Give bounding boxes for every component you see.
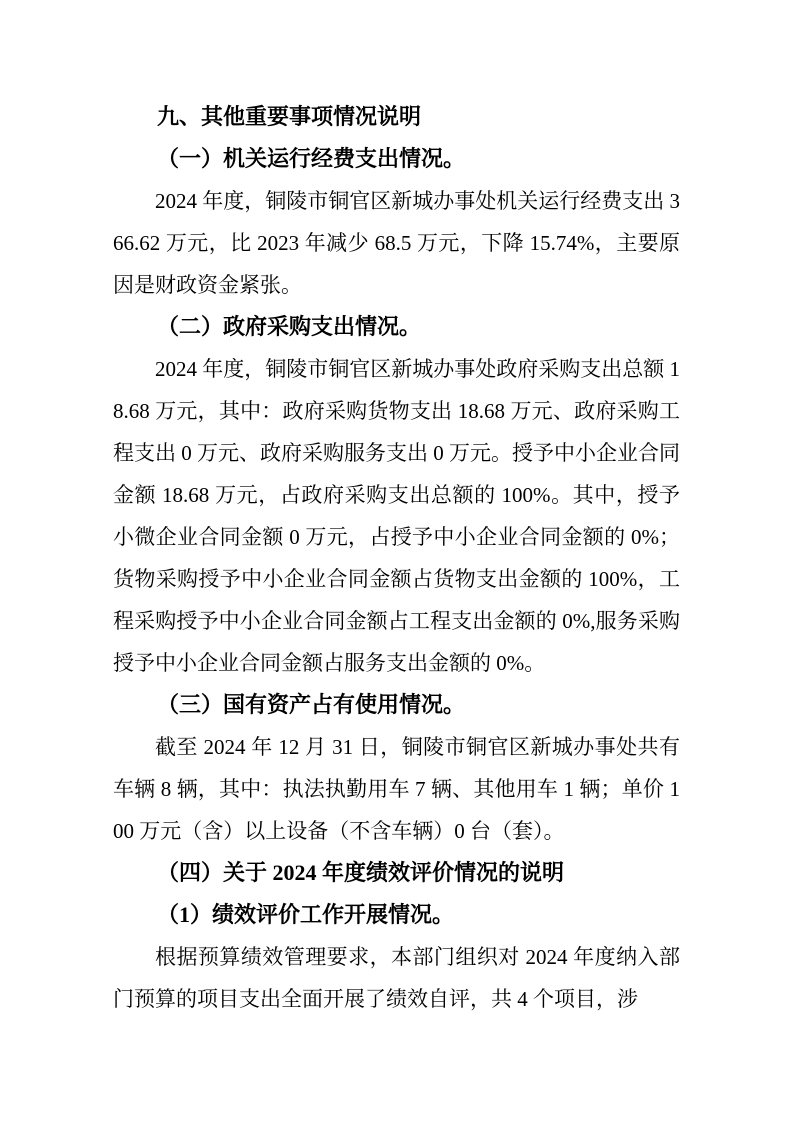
heading-section-nine: 九、其他重要事项情况说明: [113, 96, 680, 138]
paragraph-agency-operating-expense: 2024 年度，铜陵市铜官区新城办事处机关运行经费支出 366.62 万元，比 …: [113, 180, 680, 306]
heading-sub-4-performance-evaluation: （四）关于 2024 年度绩效评价情况的说明: [113, 852, 680, 894]
heading-sub-3-state-assets: （三）国有资产占有使用情况。: [113, 684, 680, 726]
paragraph-state-assets: 截至 2024 年 12 月 31 日，铜陵市铜官区新城办事处共有车辆 8 辆，…: [113, 726, 680, 852]
document-content: 九、其他重要事项情况说明 （一）机关运行经费支出情况。 2024 年度，铜陵市铜…: [113, 96, 680, 1020]
heading-sub-1-agency-operating-expense: （一）机关运行经费支出情况。: [113, 138, 680, 180]
document-page: 九、其他重要事项情况说明 （一）机关运行经费支出情况。 2024 年度，铜陵市铜…: [0, 0, 793, 1122]
heading-sub-4-1-performance-work: （1）绩效评价工作开展情况。: [113, 894, 680, 936]
paragraph-government-procurement: 2024 年度，铜陵市铜官区新城办事处政府采购支出总额 18.68 万元，其中：…: [113, 348, 680, 684]
heading-sub-2-government-procurement: （二）政府采购支出情况。: [113, 306, 680, 348]
paragraph-performance-self-evaluation: 根据预算绩效管理要求，本部门组织对 2024 年度纳入部门预算的项目支出全面开展…: [113, 936, 680, 1020]
